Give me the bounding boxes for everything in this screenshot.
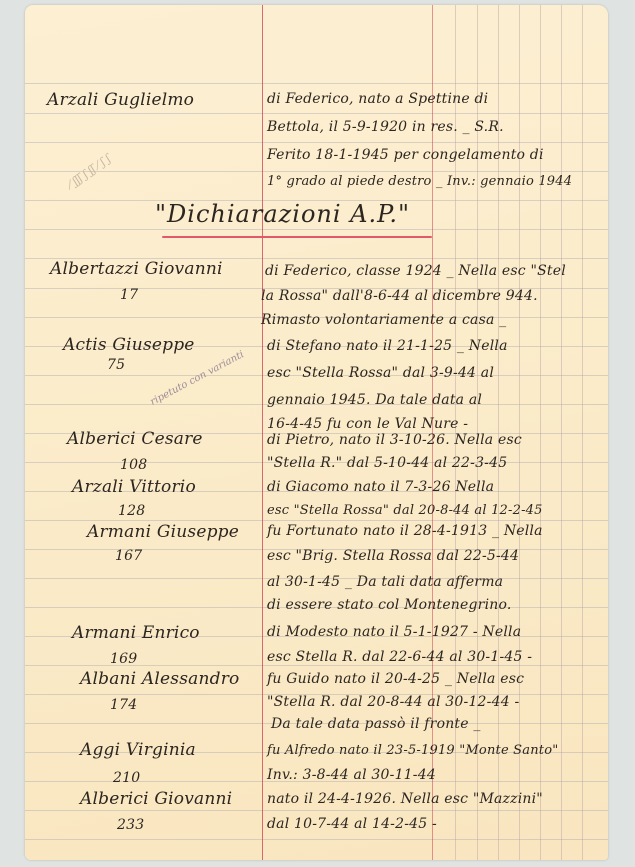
ruled-line (25, 83, 608, 84)
entry-line: gennaio 1945. Da tale data al (267, 392, 482, 408)
entry-line: al 30-1-45 _ Da tali data afferma (267, 574, 503, 590)
entry-line: fu Guido nato il 20-4-25 _ Nella esc (267, 671, 524, 687)
entry-line: di Stefano nato il 21-1-25 _ Nella (267, 338, 508, 354)
ruled-line (25, 142, 608, 143)
entry-line: Rimasto volontariamente a casa _ (261, 312, 506, 328)
entry-line: esc "Stella Rossa" dal 3-9-44 al (267, 365, 494, 381)
margin-line (262, 5, 263, 860)
grid-line (561, 5, 562, 860)
entry-line: nato il 24-4-1926. Nella esc "Mazzini" (267, 791, 543, 807)
grid-line (582, 5, 583, 860)
entry-line: 16-4-45 fu con le Val Nure - (267, 416, 468, 432)
entry-line: di Pietro, nato il 3-10-26. Nella esc (267, 432, 522, 448)
entry-line: di Giacomo nato il 7-3-26 Nella (267, 479, 494, 495)
entry-number: 169 (110, 651, 137, 667)
entry-name: Armani Enrico (72, 623, 200, 643)
entry-line: di Federico, classe 1924 _ Nella esc "St… (265, 263, 566, 279)
entry-name: Albertazzi Giovanni (50, 259, 223, 279)
entry-line: esc "Stella Rossa" dal 20-8-44 al 12-2-4… (267, 503, 543, 518)
heading-underline (162, 236, 432, 238)
entry-name: Arzali Guglielmo (47, 90, 194, 110)
entry-name: Arzali Vittorio (72, 477, 196, 497)
entry-line: la Rossa" dall'8-6-44 al dicembre 944. (261, 288, 538, 304)
ruled-line (25, 810, 608, 811)
page-heading: "Dichiarazioni A.P." (155, 200, 410, 228)
entry-line: di Federico, nato a Spettine di (267, 91, 488, 107)
entry-number: 174 (110, 697, 137, 713)
entry-number: 108 (120, 457, 147, 473)
entry-line: Bettola, il 5-9-1920 in res. _ S.R. (267, 119, 504, 135)
entry-line: Da tale data passò il fronte _ (271, 716, 481, 732)
entry-name: Alberici Cesare (67, 429, 203, 449)
entry-name: Alberici Giovanni (80, 789, 232, 809)
entry-line: esc Stella R. dal 22-6-44 al 30-1-45 - (267, 649, 532, 665)
entry-number: 210 (113, 770, 140, 786)
entry-line: di Modesto nato il 5-1-1927 - Nella (267, 624, 521, 640)
ledger-paper: Arzali Guglielmo di Federico, nato a Spe… (25, 5, 608, 860)
ruled-line (25, 839, 608, 840)
entry-line: fu Alfredo nato il 23-5-1919 "Monte Sant… (267, 743, 558, 758)
entry-name: Actis Giuseppe (63, 335, 195, 355)
entry-number: 233 (117, 817, 144, 833)
entry-line: "Stella R." dal 5-10-44 al 22-3-45 (267, 455, 507, 471)
entry-line: Ferito 18-1-1945 per congelamento di (267, 147, 544, 163)
entry-line: "Stella R. dal 20-8-44 al 30-12-44 - (267, 694, 519, 710)
entry-name: Aggi Virginia (80, 740, 196, 760)
entry-number: 75 (107, 357, 125, 373)
entry-name: Albani Alessandro (80, 669, 239, 689)
entry-line: di essere stato col Montenegrino. (267, 597, 512, 613)
ruled-line (25, 229, 608, 230)
ruled-line (25, 520, 608, 521)
entry-line: fu Fortunato nato il 28-4-1913 _ Nella (267, 523, 543, 539)
entry-line: 1° grado al piede destro _ Inv.: gennaio… (267, 174, 572, 189)
entry-line: dal 10-7-44 al 14-2-45 - (267, 816, 437, 832)
ruled-line (25, 113, 608, 114)
entry-number: 17 (120, 287, 138, 303)
entry-line: esc "Brig. Stella Rossa dal 22-5-44 (267, 548, 519, 564)
ruled-line (25, 171, 608, 172)
pencil-note: ripetuto con varianti (149, 349, 246, 408)
entry-number: 167 (115, 548, 142, 564)
entry-name: Armani Giuseppe (87, 522, 239, 542)
entry-line: Inv.: 3-8-44 al 30-11-44 (267, 767, 436, 783)
entry-number: 128 (118, 503, 145, 519)
grid-line (540, 5, 541, 860)
